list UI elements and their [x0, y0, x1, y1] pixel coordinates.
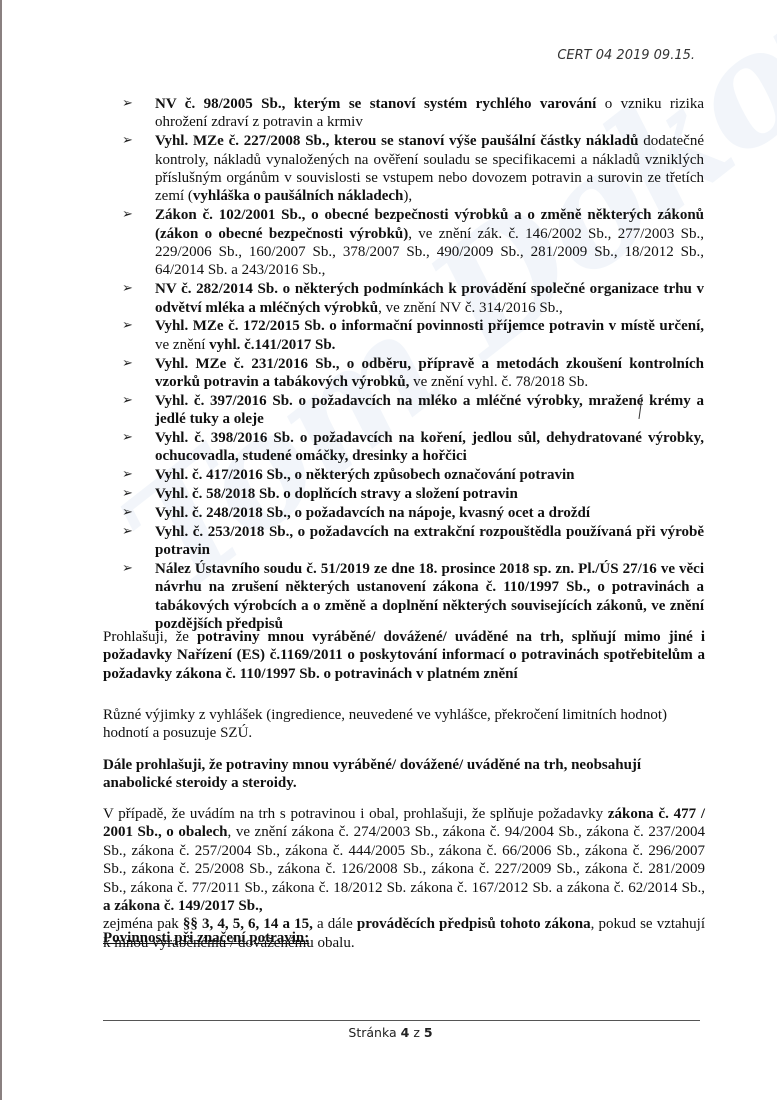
footer-divider — [103, 1020, 700, 1021]
list-item: ➢Nález Ústavního soudu č. 51/2019 ze dne… — [122, 560, 704, 634]
laws-list: ➢NV č. 98/2005 Sb., kterým se stanoví sy… — [122, 95, 704, 634]
cert-label: CERT 04 2019 09.15. — [557, 48, 695, 63]
declaration-food-regulation: Prohlašuji, že potraviny mnou vyráběné/ … — [103, 628, 705, 683]
arrow-bullet-icon: ➢ — [122, 132, 133, 150]
declaration-steroids: Dále prohlašuji, že potraviny mnou vyráb… — [103, 756, 705, 793]
list-item: ➢Vyhl. č. 398/2016 Sb. o požadavcích na … — [122, 429, 704, 466]
arrow-bullet-icon: ➢ — [122, 523, 133, 541]
arrow-bullet-icon: ➢ — [122, 466, 133, 484]
arrow-bullet-icon: ➢ — [122, 317, 133, 335]
list-item: ➢Vyhl. MZe č. 172/2015 Sb. o informační … — [122, 317, 704, 354]
document-page: Tom Dokox CERT 04 2019 09.15. ➢NV č. 98/… — [0, 0, 777, 1100]
list-item: ➢Zákon č. 102/2001 Sb., o obecné bezpečn… — [122, 206, 704, 280]
section-heading: Povinnosti při značení potravin: — [103, 929, 309, 947]
list-item: ➢Vyhl. MZe č. 227/2008 Sb., kterou se st… — [122, 132, 704, 206]
page-footer: Stránka 4 z 5 — [2, 1025, 777, 1040]
list-item: ➢Vyhl. č. 253/2018 Sb., o požadavcích na… — [122, 523, 704, 560]
arrow-bullet-icon: ➢ — [122, 560, 133, 578]
list-item: ➢Vyhl. č. 397/2016 Sb. o požadavcích na … — [122, 392, 704, 429]
arrow-bullet-icon: ➢ — [122, 95, 133, 113]
arrow-bullet-icon: ➢ — [122, 392, 133, 410]
arrow-bullet-icon: ➢ — [122, 504, 133, 522]
list-item: ➢Vyhl. č. 58/2018 Sb. o doplňcích stravy… — [122, 485, 704, 503]
list-item: ➢NV č. 98/2005 Sb., kterým se stanoví sy… — [122, 95, 704, 132]
arrow-bullet-icon: ➢ — [122, 280, 133, 298]
arrow-bullet-icon: ➢ — [122, 355, 133, 373]
list-item: ➢Vyhl. č. 248/2018 Sb., o požadavcích na… — [122, 504, 704, 522]
list-item: ➢Vyhl. MZe č. 231/2016 Sb., o odběru, př… — [122, 355, 704, 392]
arrow-bullet-icon: ➢ — [122, 485, 133, 503]
list-item: ➢NV č. 282/2014 Sb. o některých podmínká… — [122, 280, 704, 317]
list-item: ➢Vyhl. č. 417/2016 Sb., o některých způs… — [122, 466, 704, 484]
arrow-bullet-icon: ➢ — [122, 206, 133, 224]
declaration-exceptions: Různé výjimky z vyhlášek (ingredience, n… — [103, 706, 705, 743]
total-pages: 5 — [424, 1025, 433, 1040]
arrow-bullet-icon: ➢ — [122, 429, 133, 447]
